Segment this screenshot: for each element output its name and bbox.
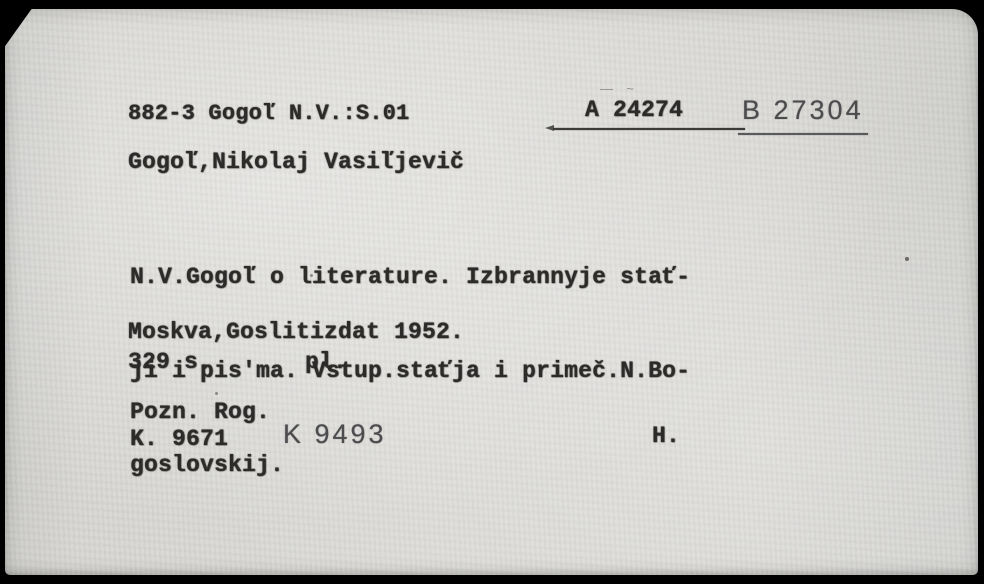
cataloguer-initial: H.	[652, 423, 680, 449]
paper-speck	[215, 392, 218, 395]
classification-shelfmark: 882-3 Gogoľ N.V.:S.01	[128, 101, 409, 126]
note-line: Pozn. Rog.	[130, 399, 270, 425]
collation-binding: pl.	[305, 349, 347, 375]
shelfmark-stamped: K 9493	[283, 419, 387, 450]
paper-speck	[310, 274, 313, 277]
imprint-line: Moskva,Goslitizdat 1952.	[128, 319, 464, 345]
accession-number-stamped: B 27304	[742, 95, 864, 126]
accession-underline	[553, 128, 745, 130]
title-line-2: ji i pis'ma. Vstup.staťja i primeč.N.Bo-	[130, 356, 690, 387]
card-corner-cut	[3, 7, 33, 49]
faded-stamp-remnant: — ~	[600, 81, 636, 96]
collation-pages: 329 s.	[128, 349, 212, 375]
title-line-1: N.V.Gogoľ o literature. Izbrannyje stať-	[130, 262, 690, 293]
accession-number-typed: A 24274	[585, 97, 683, 123]
collation-line: 329 s. pl.	[128, 349, 212, 375]
author-heading: Gogoľ,Nikolaj Vasiľjevič	[128, 149, 464, 175]
underline-arrow-tip	[545, 125, 554, 131]
catalog-card: 882-3 Gogoľ N.V.:S.01 A 24274 — ~ B 2730…	[5, 9, 978, 575]
paper-speck	[905, 257, 909, 261]
shelfmark-typed: K. 9671	[130, 426, 228, 452]
title-statement: N.V.Gogoľ o literature. Izbrannyje stať-…	[130, 199, 690, 544]
scan-background: 882-3 Gogoľ N.V.:S.01 A 24274 — ~ B 2730…	[0, 0, 984, 584]
stamp-underline	[738, 133, 868, 135]
title-line-3: goslovskij.	[130, 450, 690, 481]
